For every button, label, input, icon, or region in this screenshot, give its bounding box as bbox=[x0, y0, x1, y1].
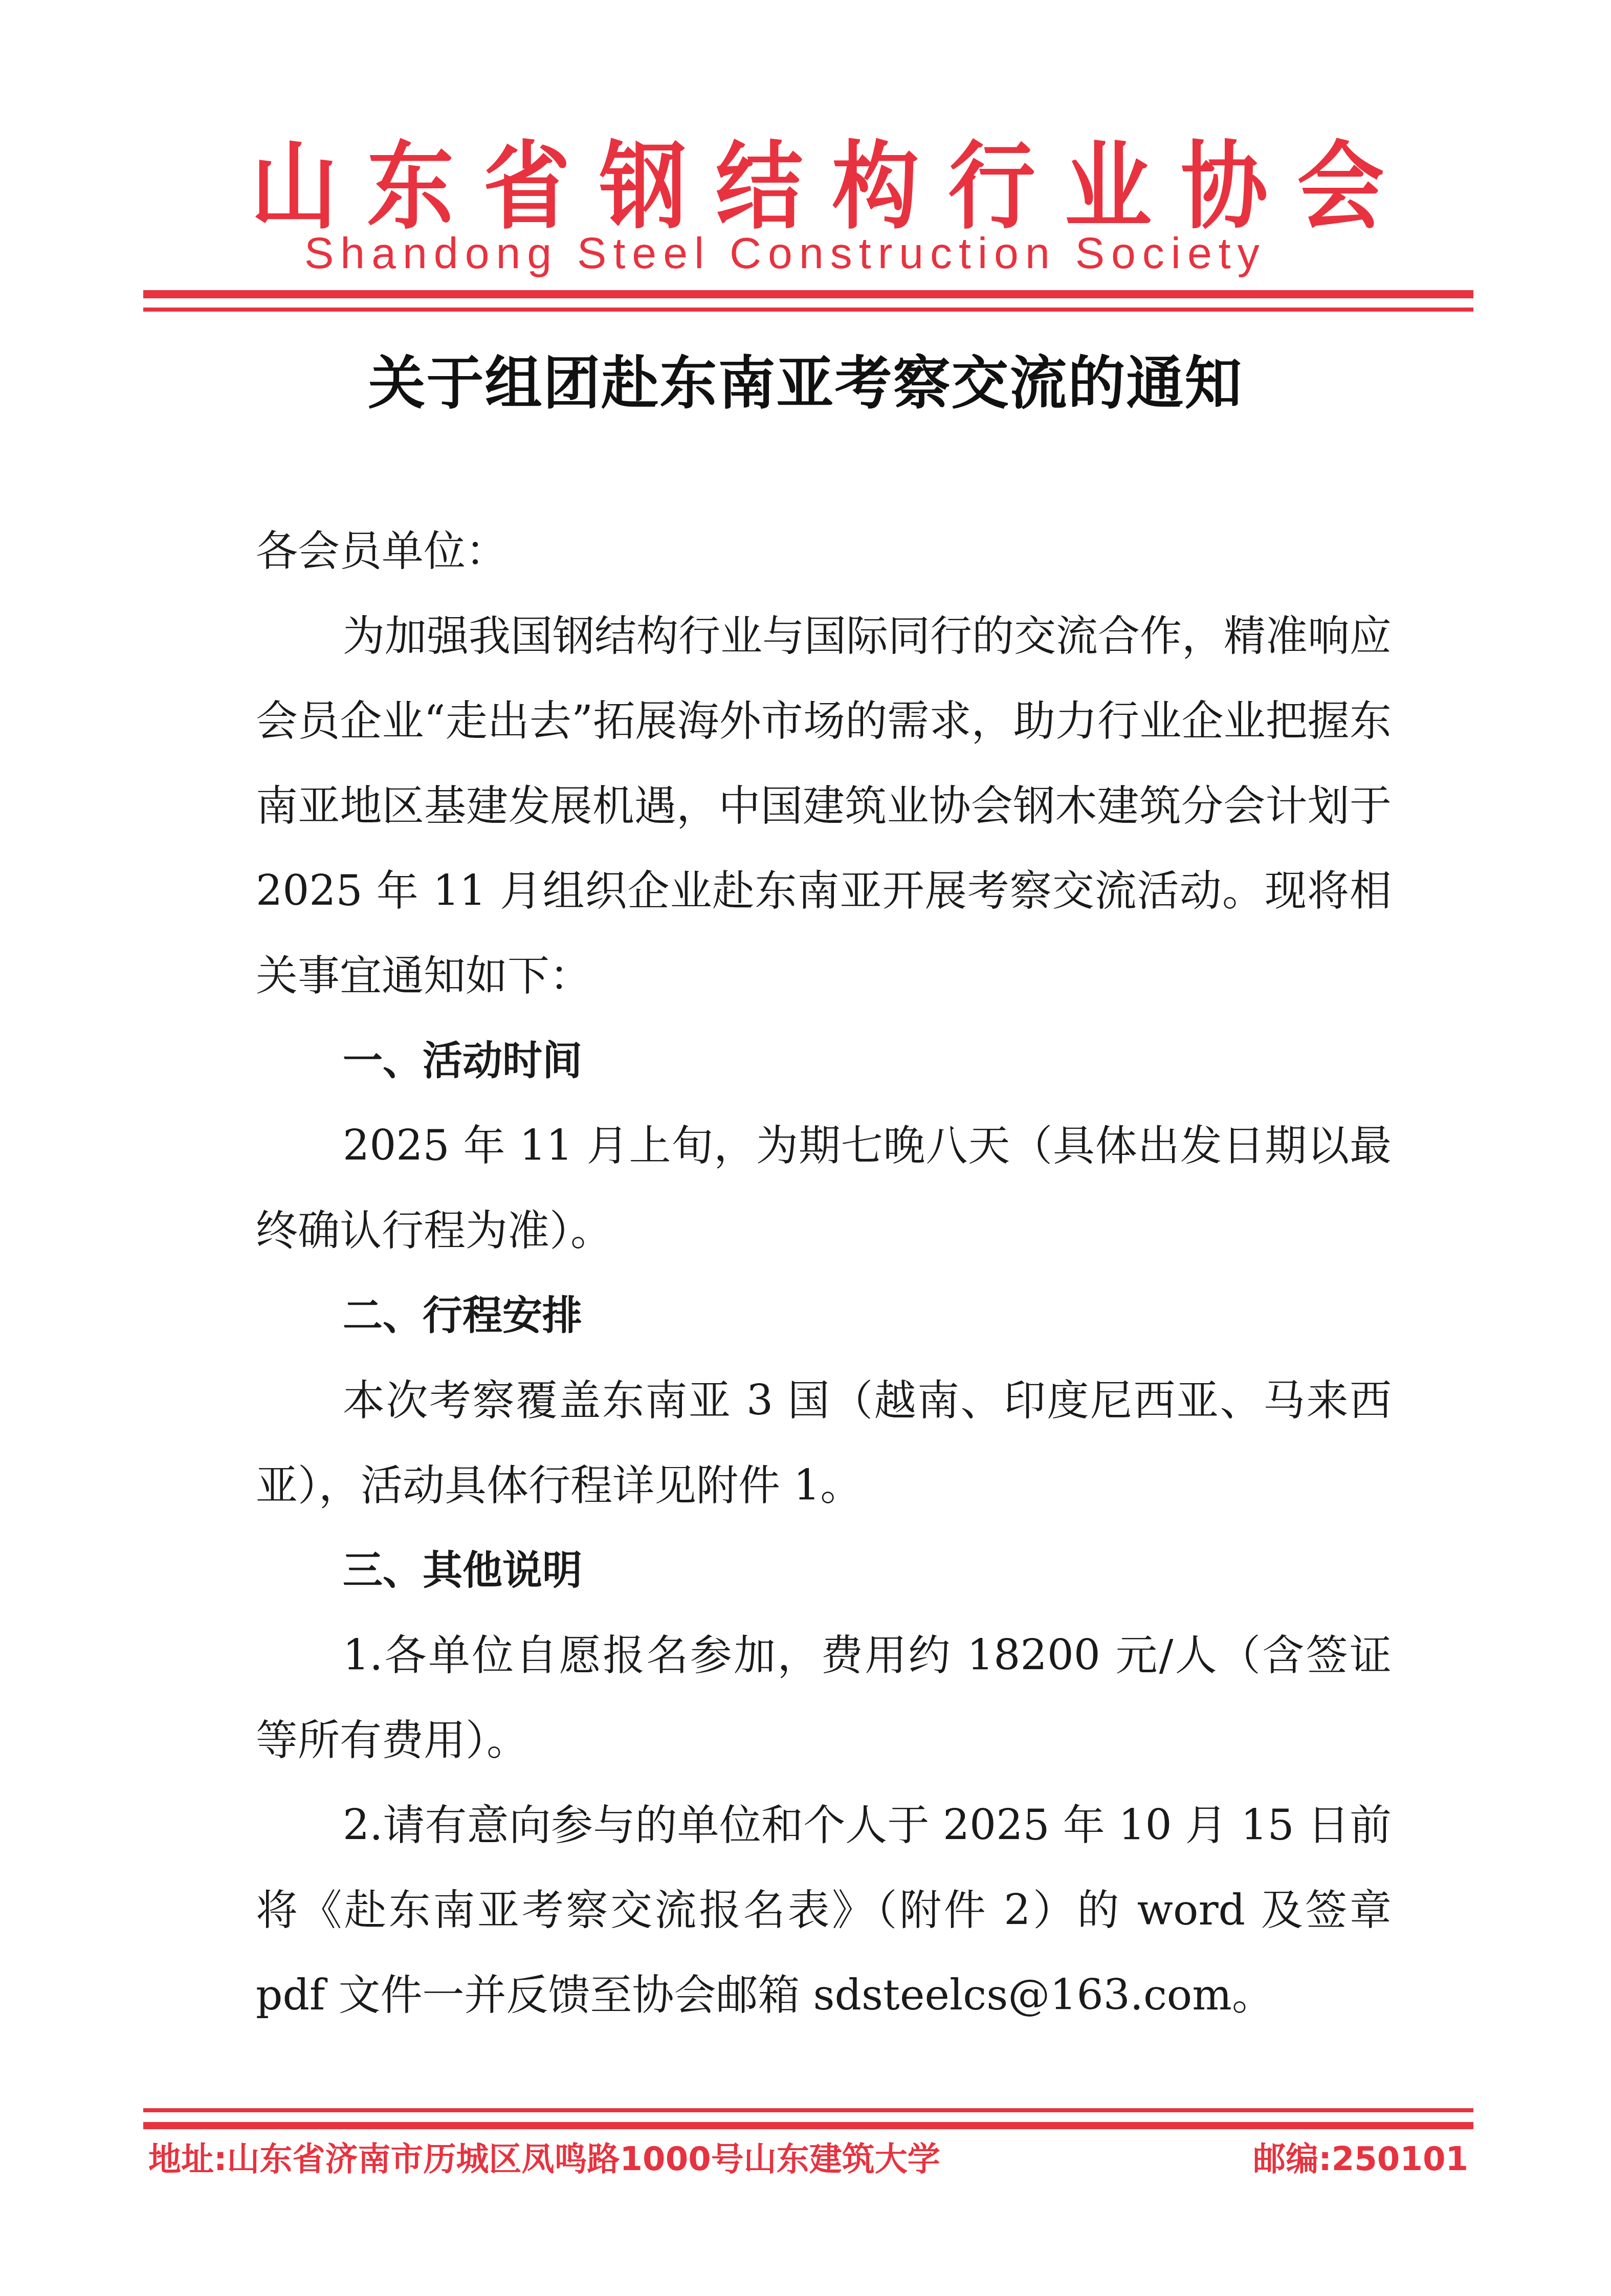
footer: 地址:山东省济南市历城区凤鸣路1000号山东建筑大学 邮编:250101 bbox=[148, 2131, 1468, 2188]
section-paragraph-registration: 2.请有意向参与的单位和个人于 2025 年 10 月 15 日前将《赴东南亚考… bbox=[256, 1783, 1392, 2038]
org-name-en: Shandong Steel Construction Society bbox=[304, 228, 1328, 279]
section-paragraph-itinerary: 本次考察覆盖东南亚 3 国（越南、印度尼西亚、马来西亚），活动具体行程详见附件 … bbox=[256, 1359, 1392, 1528]
section-heading-other: 三、其他说明 bbox=[256, 1528, 1392, 1613]
document-title: 关于组团赴东南亚考察交流的通知 bbox=[0, 348, 1611, 420]
section-heading-itinerary: 二、行程安排 bbox=[256, 1274, 1392, 1359]
header-rule-thin bbox=[143, 308, 1473, 312]
intro-paragraph: 为加强我国钢结构行业与国际同行的交流合作，精准响应会员企业“走出去”拓展海外市场… bbox=[256, 594, 1392, 1019]
salutation: 各会员单位： bbox=[256, 509, 1392, 594]
footer-rule-thick bbox=[143, 2122, 1473, 2129]
footer-rule-thin bbox=[143, 2108, 1473, 2112]
section-paragraph-fee: 1.各单位自愿报名参加，费用约 18200 元/人（含签证等所有费用）。 bbox=[256, 1613, 1392, 1783]
footer-address: 地址:山东省济南市历城区凤鸣路1000号山东建筑大学 bbox=[148, 2131, 940, 2188]
document-body: 各会员单位： 为加强我国钢结构行业与国际同行的交流合作，精准响应会员企业“走出去… bbox=[256, 509, 1392, 2038]
org-name-cn: 山东省钢结构行业协会 bbox=[251, 136, 1314, 238]
footer-postcode: 邮编:250101 bbox=[1253, 2131, 1468, 2188]
section-heading-time: 一、活动时间 bbox=[256, 1019, 1392, 1104]
header-rule-thick bbox=[143, 290, 1473, 298]
section-paragraph-time: 2025 年 11 月上旬，为期七晚八天（具体出发日期以最终确认行程为准）。 bbox=[256, 1104, 1392, 1274]
